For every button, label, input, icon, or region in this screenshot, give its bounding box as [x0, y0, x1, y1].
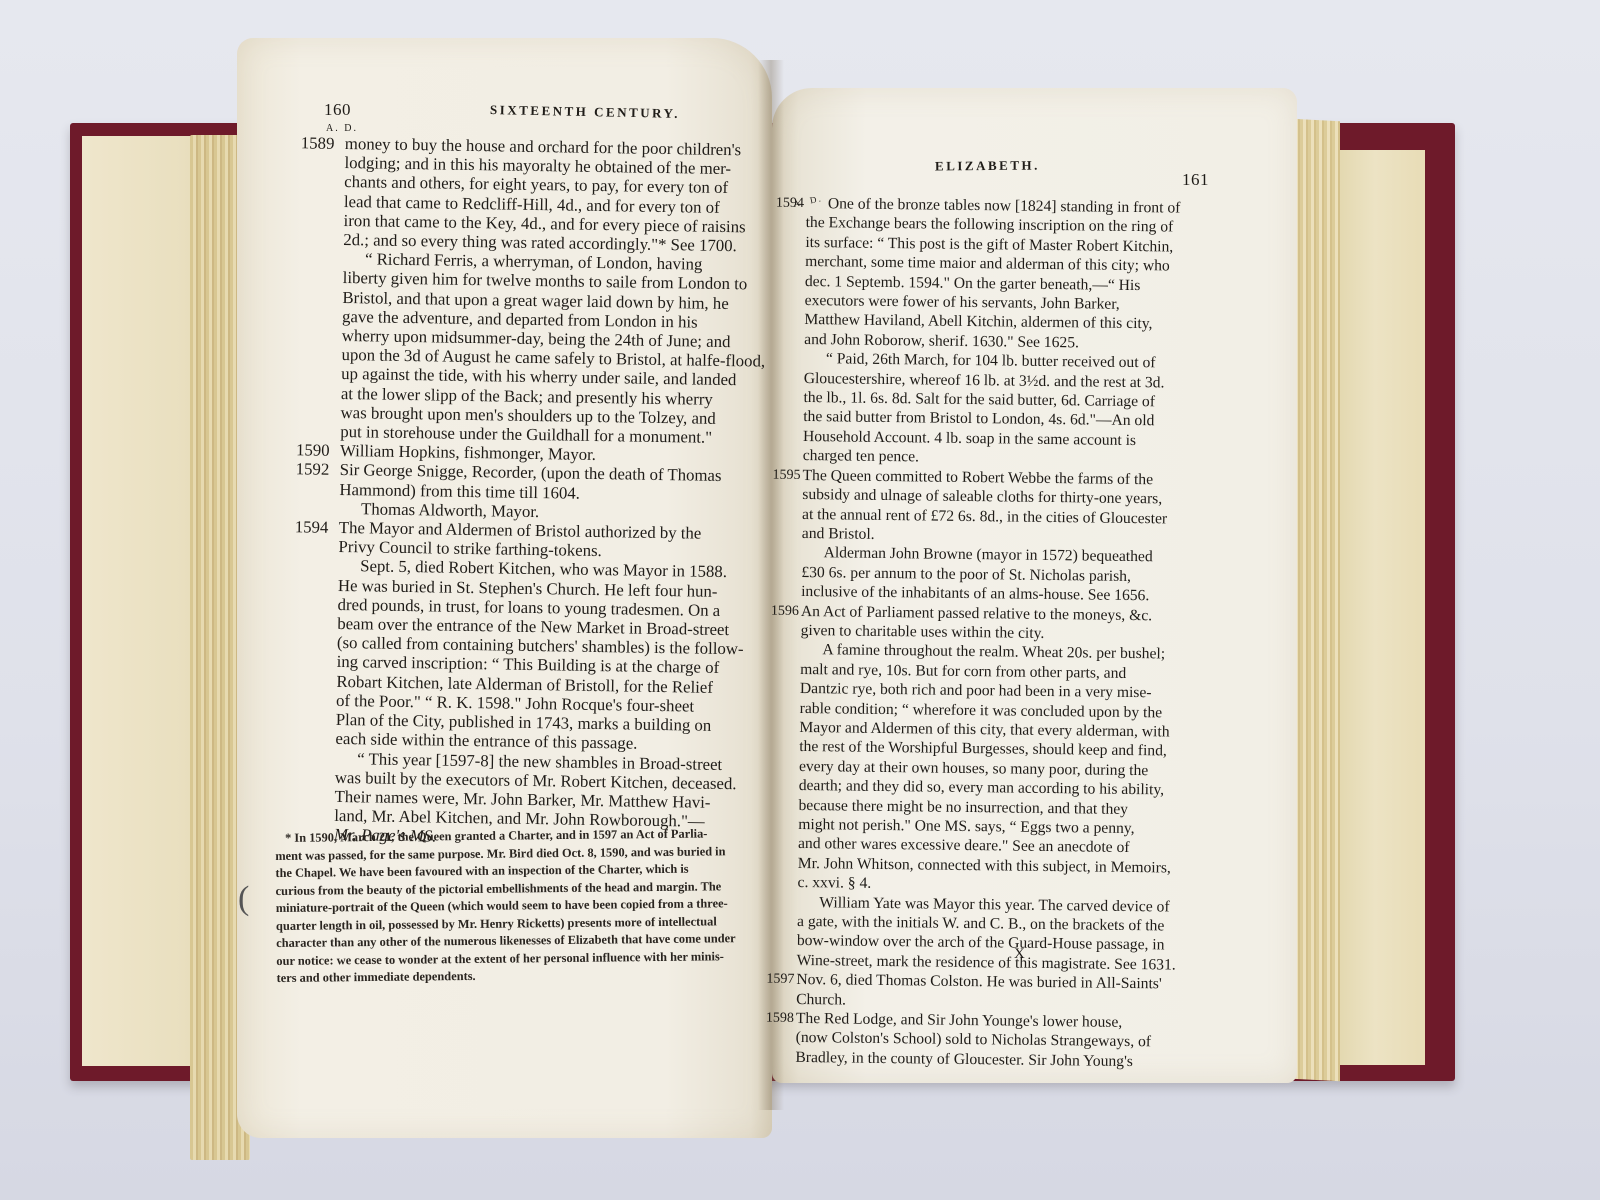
- line-text: Alderman John Browne (mayor in 1572) beq…: [824, 545, 1153, 566]
- line-text: Church.: [796, 991, 846, 1009]
- line-text: The Red Lodge, and Sir John Younge's low…: [796, 1010, 1123, 1031]
- line-text: c. xxvi. § 4.: [797, 874, 871, 892]
- margin-year: 1594: [295, 517, 329, 537]
- signature-mark: X: [1014, 946, 1025, 963]
- line-text: £30 6s. per annum to the poor of St. Nic…: [801, 564, 1131, 585]
- line-text: given to charitable uses within the city…: [801, 622, 1045, 642]
- margin-year: 1592: [296, 460, 330, 480]
- line-text: dec. 1 Septemb. 1594." On the garter ben…: [805, 273, 1141, 294]
- margin-year: 1595: [772, 465, 800, 485]
- left-page-body: 1589money to buy the house and orchard f…: [334, 134, 760, 851]
- margin-year: 1589: [301, 133, 335, 153]
- page-edges-right: [1292, 119, 1340, 1082]
- line-text: Household Account. 4 lb. soap in the sam…: [803, 428, 1136, 449]
- left-page-footnote: * In 1590, March 21, the Queen granted a…: [275, 825, 767, 988]
- endpaper-right: [1325, 150, 1425, 1065]
- margin-year: 1597: [766, 970, 794, 990]
- line-text: and John Roborow, sherif. 1630." See 162…: [804, 331, 1079, 351]
- line-text: A famine throughout the realm. Wheat 20s…: [822, 642, 1165, 663]
- book-photo: 160 SIXTEENTH CENTURY. A. D. 1589money t…: [0, 0, 1600, 1200]
- margin-year: 1594: [776, 194, 804, 214]
- margin-year: 1596: [771, 601, 799, 621]
- right-page-body: 1594One of the bronze tables now [1824] …: [795, 194, 1226, 1072]
- line-text: because there might be no insurrection, …: [798, 797, 1128, 818]
- line-text: executors were fower of his servants, Jo…: [805, 292, 1120, 313]
- right-running-head: ELIZABETH.: [935, 158, 1040, 175]
- line-text: and Bristol.: [802, 525, 875, 543]
- line-text: Thomas Aldworth, Mayor.: [361, 499, 539, 521]
- line-text: charged ten pence.: [803, 447, 919, 465]
- line-text: might not perish." One MS. says, “ Eggs …: [798, 816, 1134, 837]
- pencil-mark: (: [238, 880, 249, 918]
- line-text: Bradley, in the county of Gloucester. Si…: [795, 1049, 1133, 1070]
- margin-year: 1598: [766, 1009, 794, 1029]
- right-folio: 161: [1182, 170, 1209, 190]
- line-text: malt and rye, 10s. But for corn from oth…: [800, 661, 1126, 682]
- left-ad-label: A. D.: [326, 123, 358, 134]
- line-text: and other wares excessive deare." See an…: [798, 835, 1130, 856]
- line-text: “ Paid, 26th March, for 104 lb. butter r…: [826, 351, 1156, 372]
- margin-year: 1590: [296, 441, 330, 461]
- left-folio: 160: [324, 100, 351, 120]
